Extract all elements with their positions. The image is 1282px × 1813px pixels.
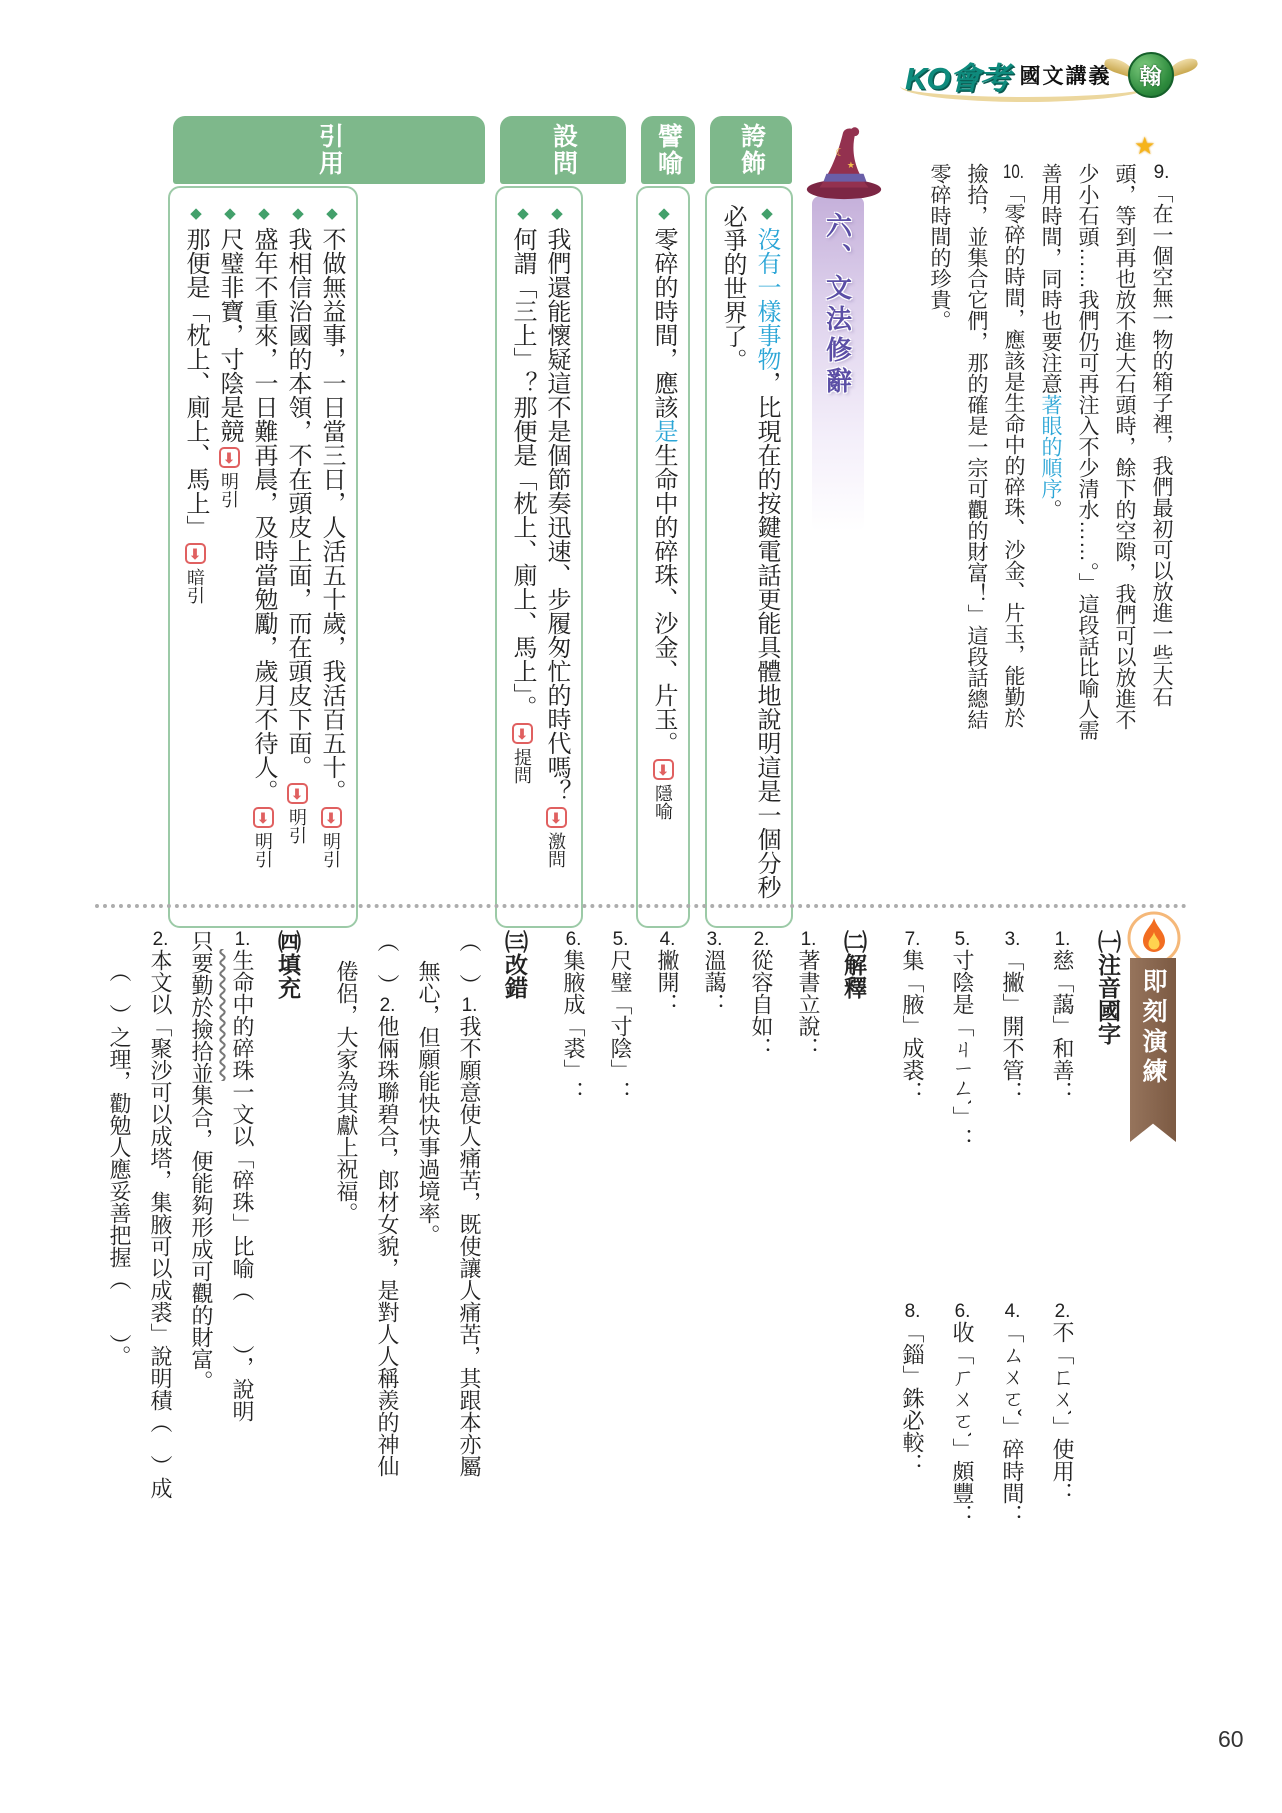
- down-arrow-icon: ⬇: [512, 723, 533, 744]
- down-arrow-icon: ⬇: [185, 543, 206, 564]
- diamond-bullet-icon: ◆: [323, 204, 340, 222]
- rhetoric-label: 提問: [512, 748, 532, 784]
- brand-ko-logo: KO會考: [905, 53, 1010, 98]
- diamond-bullet-icon: ◆: [514, 204, 531, 222]
- diamond-bullet-icon: ◆: [221, 204, 238, 222]
- diamond-bullet-icon: ◆: [289, 204, 306, 222]
- mascot-snitch: 翰: [1128, 52, 1174, 98]
- review-item-10: 10.「零碎的時間，應該是生命中的碎珠、沙金、片玉，能勤於撿拾，並集合它們，那的…: [921, 163, 1032, 748]
- column-header-chip: 設問: [500, 116, 626, 184]
- phonetics-column: 1.慈「藹」和善：2.不「ㄈㄨˋ」使用：: [1046, 930, 1079, 1730]
- fill-in-item: 1.生命中的碎珠一文以「碎珠」比喻（ ），說明 只要勤於撿拾並集合，便能夠形成可…: [185, 930, 259, 1730]
- textbook-page: KO會考 國文講義 翰 ★ 9.「在一個空無一物的箱子裡，我們最初可以放進一些大…: [0, 0, 1282, 1813]
- section-header: ㈠注音國字: [1091, 930, 1124, 1730]
- rhetoric-label: 明引: [253, 832, 273, 868]
- diamond-bullet-icon: ◆: [255, 204, 272, 222]
- rhetoric-example: ◆我們還能懷疑這不是個節奏迅速、步履匆忙的時代嗎？⬇激問: [539, 204, 573, 910]
- wizard-hat-icon: ☾ ★: [800, 122, 888, 204]
- diamond-bullet-icon: ◆: [758, 204, 775, 222]
- flame-icon: [1126, 910, 1182, 966]
- rhetoric-example: ◆盛年不重來，一日難再晨，及時當勉勵，歲月不待人。⬇明引: [246, 204, 280, 910]
- rhetoric-example: ◆何謂「三上」？那便是「枕上、廁上、馬上」。⬇提問: [505, 204, 539, 910]
- phonetics-column: 7.集「腋」成裘：8.「錙」銖必較：: [896, 930, 929, 1730]
- rhetoric-example: ◆零碎的時間，應該是生命中的碎珠、沙金、片玉。⬇隱喻: [646, 204, 680, 910]
- definition-item: 3.溫藹：: [698, 930, 731, 1730]
- section-header: ㈣填充: [271, 930, 304, 1730]
- rhetoric-table: 引用 ◆不做無益事，一日當三日，人活五十歲，我活百五十。⬇明引 ◆我相信治國的本…: [168, 116, 800, 928]
- rhetoric-label: 明引: [321, 832, 341, 868]
- highlighted-phrase: 沒有一樣事物: [753, 227, 780, 371]
- practice-content: ㈠注音國字 1.慈「藹」和善：2.不「ㄈㄨˋ」使用： 3.「撇」開不管：4.「ㄙ…: [92, 930, 1124, 1730]
- answer-blank: （ ）: [457, 930, 482, 996]
- review-item-9: 9.「在一個空無一物的箱子裡，我們最初可以放進一些大石頭，等到再也放不進大石頭時…: [1032, 163, 1180, 748]
- section-header: ㈢改錯: [498, 930, 531, 1730]
- highlighted-word: 是: [650, 419, 677, 443]
- rhetoric-label: 明引: [219, 472, 239, 508]
- svg-text:★: ★: [847, 160, 855, 170]
- down-arrow-icon: ⬇: [321, 807, 342, 828]
- definition-item: 2.從容自如：: [745, 930, 778, 1730]
- fill-in-item: 2.本文以「聚沙可以成塔，集腋可以成裘」說明積（ ）成 （ ）之理，勸勉人應妥善…: [103, 930, 177, 1730]
- rhetoric-label: 激問: [546, 832, 566, 868]
- lesson-title-mark: 生命中的碎珠: [230, 949, 255, 1081]
- down-arrow-icon: ⬇: [653, 759, 674, 780]
- rhetoric-example: ◆那便是「枕上、廁上、馬上」⬇暗引: [178, 204, 212, 910]
- diamond-bullet-icon: ◆: [655, 204, 672, 222]
- down-arrow-icon: ⬇: [546, 807, 567, 828]
- section-definitions: ㈡解釋 1.著書立說： 2.從容自如： 3.溫藹： 4.撇開： 5.尺璧「寸陰」…: [557, 930, 870, 1730]
- column-header-chip: 引用: [173, 116, 485, 184]
- down-arrow-icon: ⬇: [253, 807, 274, 828]
- down-arrow-icon: ⬇: [219, 447, 240, 468]
- mascot-ball-icon: 翰: [1128, 52, 1174, 98]
- review-passages: 9.「在一個空無一物的箱子裡，我們最初可以放進一些大石頭，等到再也放不進大石頭時…: [878, 163, 1180, 748]
- section-corrections: ㈢改錯 （ ）1.我不願意使人痛苦，既使讓人痛苦，其跟本亦屬 無心，但願能快快事…: [330, 930, 531, 1730]
- rhetoric-column-citation: 引用 ◆不做無益事，一日當三日，人活五十歲，我活百五十。⬇明引 ◆我相信治國的本…: [168, 116, 490, 928]
- page-number: 60: [1218, 1726, 1244, 1753]
- rhetoric-column-question: 設問 ◆我們還能懷疑這不是個節奏迅速、步履匆忙的時代嗎？⬇激問 ◆何謂「三上」？…: [495, 116, 631, 928]
- phonetics-column: 3.「撇」開不管：4.「ㄙㄨㄛˇ」碎時間：: [996, 930, 1029, 1730]
- rhetoric-example: ◆不做無益事，一日當三日，人活五十歲，我活百五十。⬇明引: [314, 204, 348, 910]
- down-arrow-icon: ⬇: [287, 783, 308, 804]
- rhetoric-label: 隱喻: [653, 784, 673, 820]
- unit-banner-title: 六、文法修辭: [820, 212, 857, 398]
- definition-item: 4.撇開：: [651, 930, 684, 1730]
- rhetoric-example: ◆尺璧非寶，寸陰是競⬇明引: [212, 204, 246, 910]
- item-number: 10.: [1003, 163, 1024, 182]
- rhetoric-label: 明引: [287, 808, 307, 844]
- phonetics-grid: 1.慈「藹」和善：2.不「ㄈㄨˋ」使用： 3.「撇」開不管：4.「ㄙㄨㄛˇ」碎時…: [896, 930, 1079, 1730]
- key-question-star-icon: ★: [1134, 132, 1156, 161]
- practice-banner-title: 即刻演練: [1135, 968, 1171, 1142]
- section-header: ㈡解釋: [837, 930, 870, 1730]
- column-header-chip: 誇飾: [710, 116, 792, 184]
- answer-blank: （ ）: [375, 930, 400, 996]
- rhetoric-label: 暗引: [185, 568, 205, 604]
- definition-item: 6.集腋成「裘」：: [557, 930, 590, 1730]
- rhetoric-column-hyperbole: 誇飾 ◆沒有一樣事物，比現在的按鍵電話更能具體地說明這是一個分秒必爭的世界了。: [705, 116, 797, 928]
- brand-subject-title: 國文講義: [1020, 60, 1112, 90]
- brand-logo: KO會考 國文講義 翰: [905, 52, 1174, 98]
- diamond-bullet-icon: ◆: [548, 204, 565, 222]
- diamond-bullet-icon: ◆: [187, 204, 204, 222]
- section-phonetics: ㈠注音國字 1.慈「藹」和善：2.不「ㄈㄨˋ」使用： 3.「撇」開不管：4.「ㄙ…: [896, 930, 1124, 1730]
- rhetoric-example: ◆沒有一樣事物，比現在的按鍵電話更能具體地說明這是一個分秒必爭的世界了。: [715, 204, 783, 910]
- rhetoric-column-simile: 譬喻 ◆零碎的時間，應該是生命中的碎珠、沙金、片玉。⬇隱喻: [636, 116, 700, 928]
- rhetoric-example: ◆我相信治國的本領，不在頭皮上面，而在頭皮下面。⬇明引: [280, 204, 314, 910]
- dotted-divider: [95, 904, 1187, 908]
- unit-banner: 六、文法修辭: [812, 196, 864, 532]
- definition-item: 5.尺璧「寸陰」：: [604, 930, 637, 1730]
- definition-item: 1.著書立說：: [792, 930, 825, 1730]
- section-fill-in: ㈣填充 1.生命中的碎珠一文以「碎珠」比喻（ ），說明 只要勤於撿拾並集合，便能…: [103, 930, 304, 1730]
- column-header-chip: 譬喻: [641, 116, 695, 184]
- item-number: 9.: [1151, 163, 1172, 182]
- highlighted-answer: 著眼的順序: [1039, 394, 1062, 499]
- practice-banner: 即刻演練: [1130, 958, 1176, 1142]
- svg-text:☾: ☾: [835, 147, 845, 159]
- phonetics-column: 5.寸陰是「ㄐㄧㄥˋ」：6.收「ㄏㄨㄛˋ」頗豐：: [946, 930, 979, 1730]
- correction-item: （ ）2.他倆珠聯碧合，郎材女貌，是對人人稱羨的神仙 倦侶，大家為其獻上祝福。: [330, 930, 404, 1730]
- correction-item: （ ）1.我不願意使人痛苦，既使讓人痛苦，其跟本亦屬 無心，但願能快快事過境率。: [412, 930, 486, 1730]
